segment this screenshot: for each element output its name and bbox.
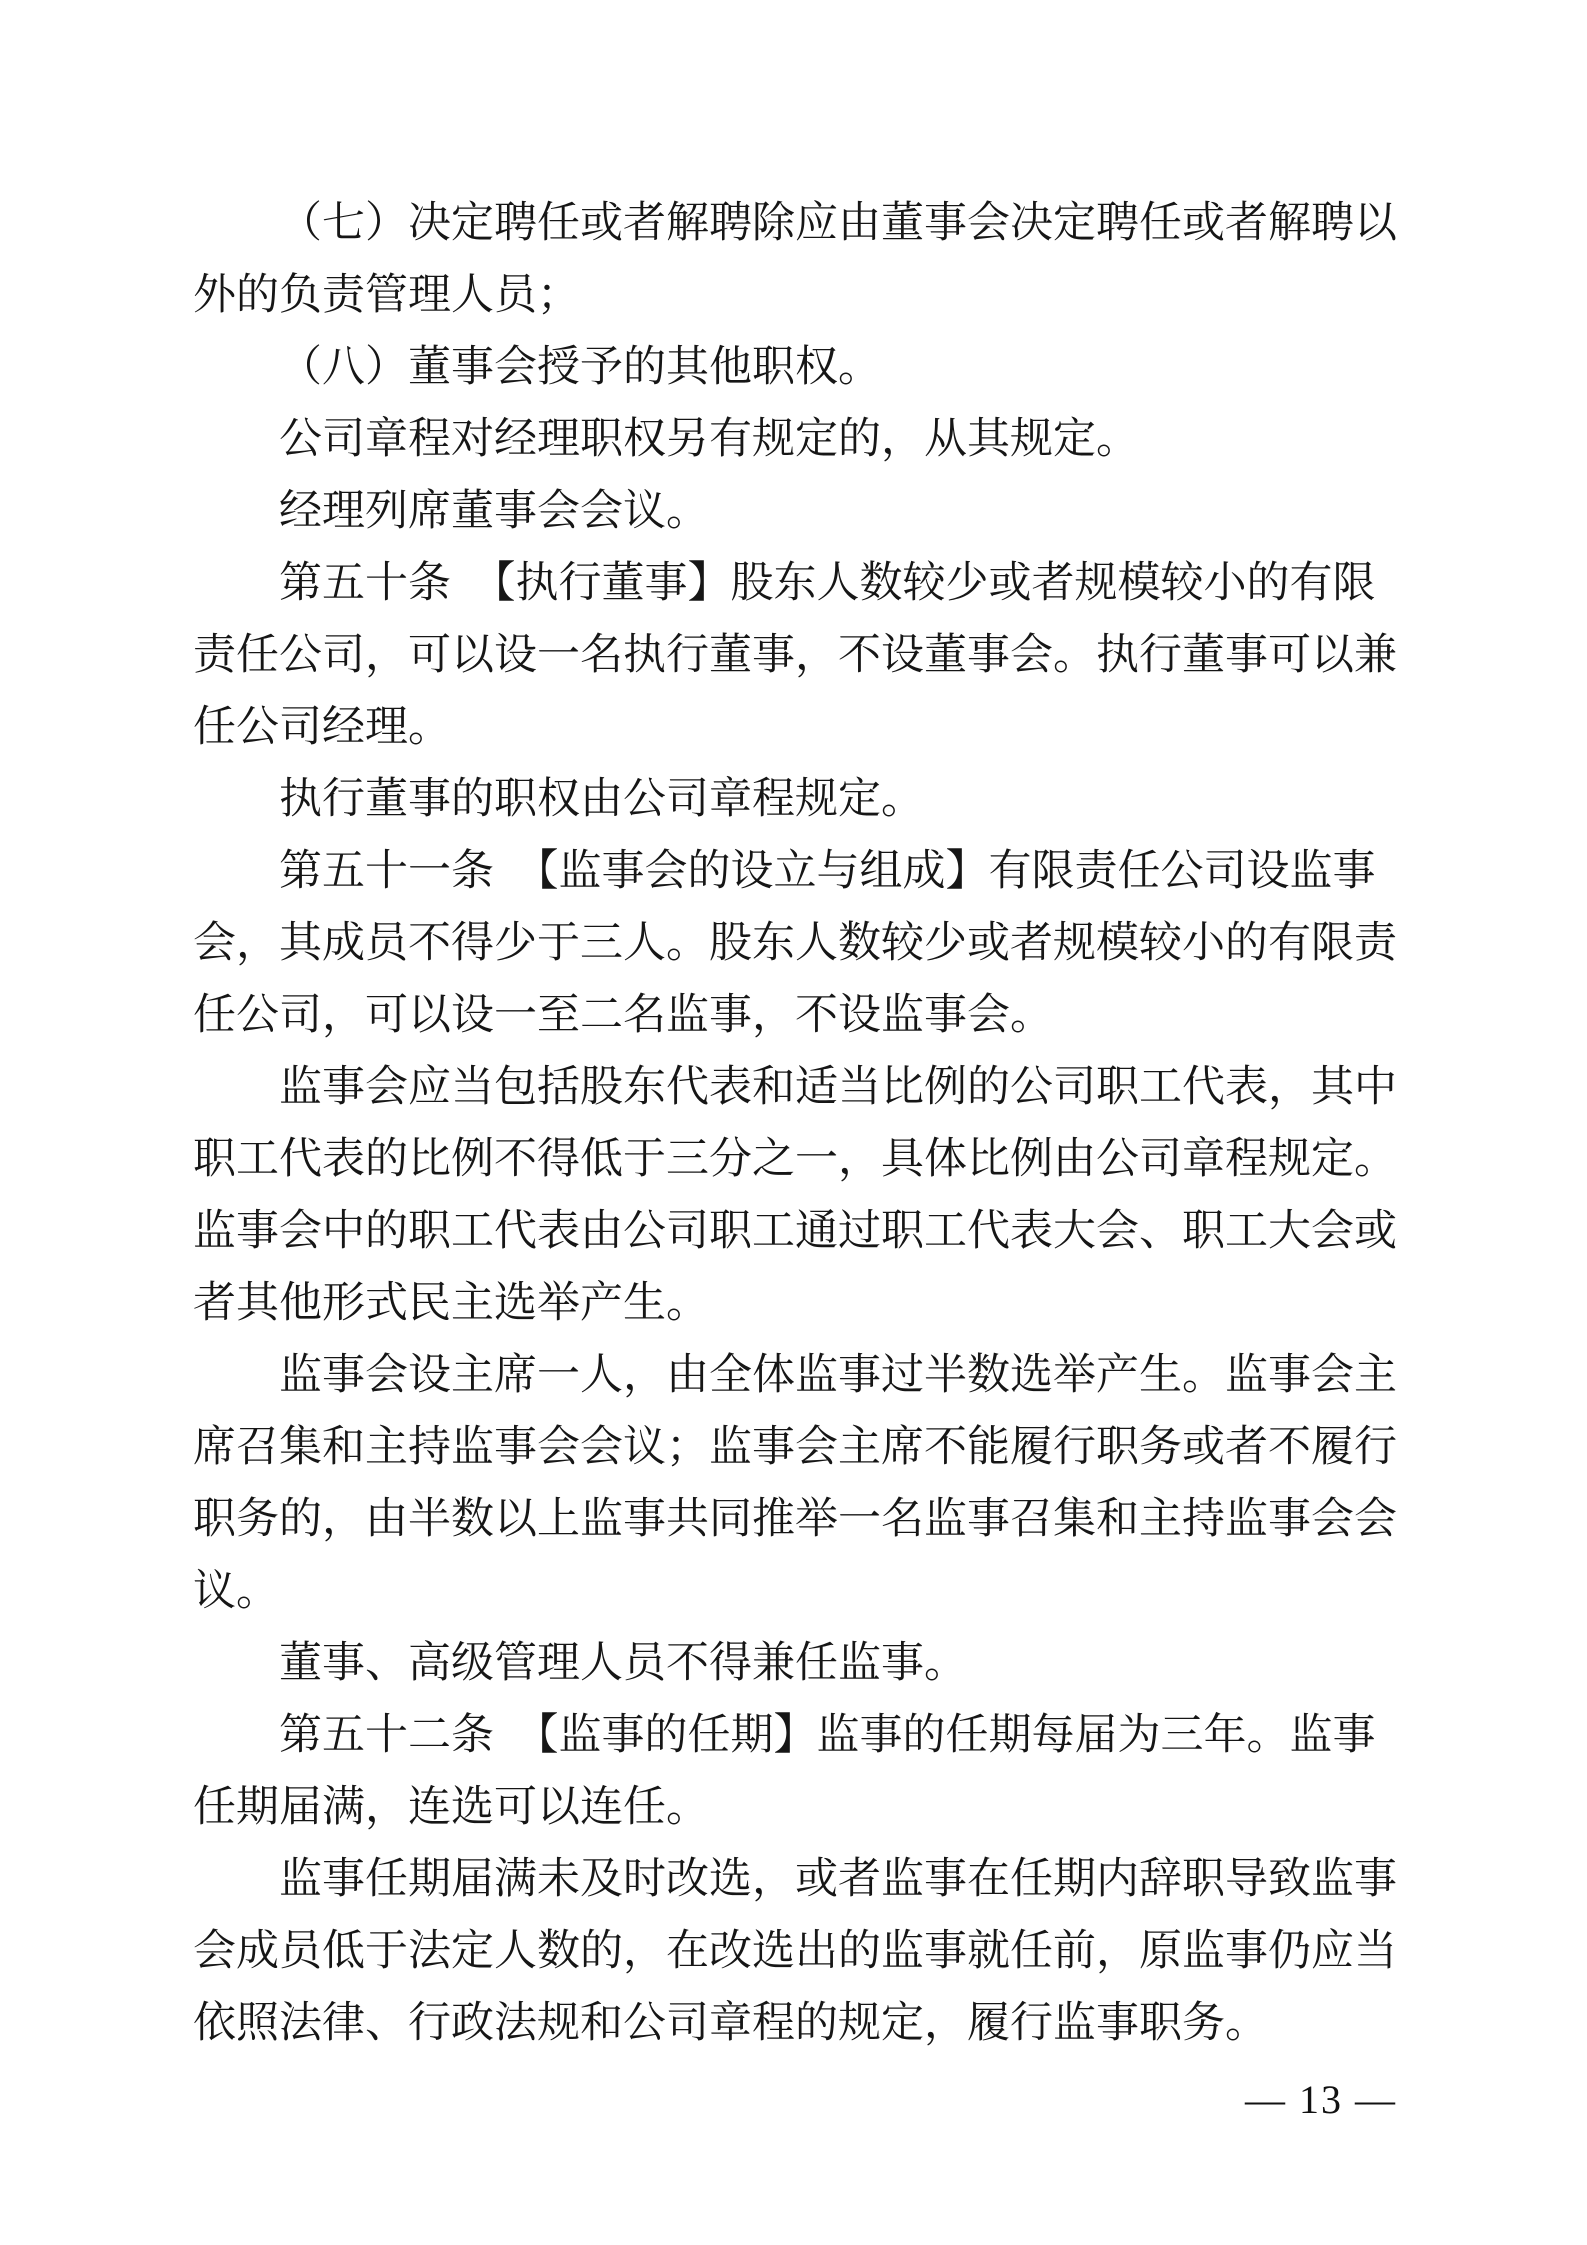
text-line: 经理列席董事会会议。 [193, 476, 1397, 548]
paragraph: 执行董事的职权由公司章程规定。 [193, 764, 1397, 836]
text-line: 监事任期届满未及时改选，或者监事在任期内辞职导致监事 [193, 1844, 1397, 1916]
text-line: 依照法律、行政法规和公司章程的规定，履行监事职务。 [193, 1988, 1397, 2060]
paragraph: 第五十条 【执行董事】股东人数较少或者规模较小的有限责任公司，可以设一名执行董事… [193, 548, 1397, 764]
paragraph: （七）决定聘任或者解聘除应由董事会决定聘任或者解聘以外的负责管理人员； [193, 188, 1397, 332]
text-line: 会，其成员不得少于三人。股东人数较少或者规模较小的有限责 [193, 908, 1397, 980]
text-line: 者其他形式民主选举产生。 [193, 1268, 1397, 1340]
paragraph: 董事、高级管理人员不得兼任监事。 [193, 1628, 1397, 1700]
text-line: 公司章程对经理职权另有规定的，从其规定。 [193, 404, 1397, 476]
text-line: 董事、高级管理人员不得兼任监事。 [193, 1628, 1397, 1700]
text-line: 外的负责管理人员； [193, 260, 1397, 332]
text-line: 责任公司，可以设一名执行董事，不设董事会。执行董事可以兼 [193, 620, 1397, 692]
paragraph: 监事任期届满未及时改选，或者监事在任期内辞职导致监事会成员低于法定人数的，在改选… [193, 1844, 1397, 2060]
text-line: 执行董事的职权由公司章程规定。 [193, 764, 1397, 836]
text-line: 监事会中的职工代表由公司职工通过职工代表大会、职工大会或 [193, 1196, 1397, 1268]
paragraph: 第五十一条 【监事会的设立与组成】有限责任公司设监事会，其成员不得少于三人。股东… [193, 836, 1397, 1052]
text-line: 职务的，由半数以上监事共同推举一名监事召集和主持监事会会 [193, 1484, 1397, 1556]
text-line: 职工代表的比例不得低于三分之一，具体比例由公司章程规定。 [193, 1124, 1397, 1196]
text-line: （八）董事会授予的其他职权。 [193, 332, 1397, 404]
text-line: 监事会应当包括股东代表和适当比例的公司职工代表，其中 [193, 1052, 1397, 1124]
text-line: 任期届满，连选可以连任。 [193, 1772, 1397, 1844]
text-line: 第五十条 【执行董事】股东人数较少或者规模较小的有限 [193, 548, 1397, 620]
text-line: 第五十一条 【监事会的设立与组成】有限责任公司设监事 [193, 836, 1397, 908]
paragraph: 监事会设主席一人，由全体监事过半数选举产生。监事会主席召集和主持监事会会议；监事… [193, 1340, 1397, 1628]
text-line: （七）决定聘任或者解聘除应由董事会决定聘任或者解聘以 [193, 188, 1397, 260]
text-line: 席召集和主持监事会会议；监事会主席不能履行职务或者不履行 [193, 1412, 1397, 1484]
paragraph: （八）董事会授予的其他职权。 [193, 332, 1397, 404]
document-page: （七）决定聘任或者解聘除应由董事会决定聘任或者解聘以外的负责管理人员；（八）董事… [0, 0, 1587, 2245]
text-line: 任公司，可以设一至二名监事，不设监事会。 [193, 980, 1397, 1052]
paragraph: 经理列席董事会会议。 [193, 476, 1397, 548]
paragraph: 监事会应当包括股东代表和适当比例的公司职工代表，其中职工代表的比例不得低于三分之… [193, 1052, 1397, 1340]
page-number: — 13 — [1245, 2080, 1397, 2120]
text-line: 任公司经理。 [193, 692, 1397, 764]
paragraph: 第五十二条 【监事的任期】监事的任期每届为三年。监事任期届满，连选可以连任。 [193, 1700, 1397, 1844]
text-line: 监事会设主席一人，由全体监事过半数选举产生。监事会主 [193, 1340, 1397, 1412]
text-line: 会成员低于法定人数的，在改选出的监事就任前，原监事仍应当 [193, 1916, 1397, 1988]
document-body: （七）决定聘任或者解聘除应由董事会决定聘任或者解聘以外的负责管理人员；（八）董事… [193, 188, 1397, 2060]
paragraph: 公司章程对经理职权另有规定的，从其规定。 [193, 404, 1397, 476]
text-line: 第五十二条 【监事的任期】监事的任期每届为三年。监事 [193, 1700, 1397, 1772]
text-line: 议。 [193, 1556, 1397, 1628]
